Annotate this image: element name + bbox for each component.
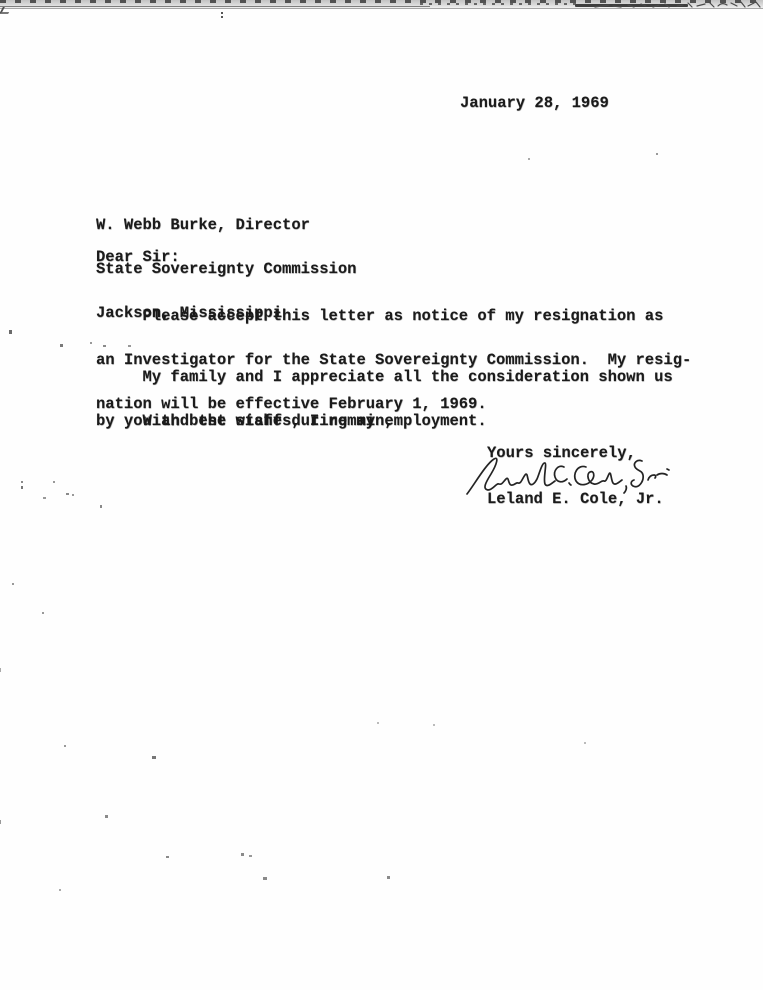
scan-speck [66, 493, 69, 495]
scan-speck [105, 815, 108, 818]
letter-page: January 28, 1969 W. Webb Burke, Director… [0, 0, 763, 990]
scan-speck [221, 12, 223, 14]
scan-speck [0, 668, 1, 672]
scan-speck [72, 494, 74, 496]
scan-edge-artifact [0, 0, 763, 9]
typed-signature-name: Leland E. Cole, Jr. [487, 492, 664, 507]
scan-speck [12, 583, 14, 585]
scan-speck [100, 505, 102, 508]
scan-speck [64, 745, 66, 747]
scan-speck [152, 756, 156, 759]
body-paragraph-3: With best wishes, I remain, [96, 384, 394, 458]
scan-speck [249, 855, 252, 857]
scan-speck [528, 158, 530, 160]
scan-speck [166, 856, 169, 858]
body-line: With best wishes, I remain, [96, 414, 394, 429]
scan-dots [420, 3, 580, 5]
scan-speck [21, 486, 23, 489]
scan-speck [656, 153, 658, 155]
scan-corner-mark [0, 7, 12, 14]
scan-speck [584, 742, 586, 744]
letter-date: January 28, 1969 [460, 96, 609, 111]
scan-speck [263, 877, 267, 880]
scan-speck [221, 16, 223, 18]
scan-speck [59, 889, 61, 891]
body-line: Please accept this letter as notice of m… [96, 309, 691, 324]
scan-speck [21, 481, 23, 483]
scan-speck [128, 345, 131, 347]
scan-speck [43, 497, 46, 499]
scan-speck [9, 330, 12, 334]
body-line: My family and I appreciate all the consi… [96, 370, 673, 385]
scan-speck [60, 344, 63, 347]
scan-speck [433, 724, 435, 726]
scan-speck [103, 345, 106, 347]
scan-speck [387, 876, 390, 879]
scan-speck [53, 481, 55, 483]
scan-speck [90, 342, 92, 344]
scan-speck [0, 820, 1, 824]
scan-speck [42, 612, 44, 614]
scan-line [0, 6, 430, 7]
scan-scribble-marks [593, 0, 763, 12]
scan-speck [241, 853, 244, 856]
salutation: Dear Sir: [96, 250, 180, 265]
scan-speck [377, 722, 379, 724]
recipient-name-line: W. Webb Burke, Director [96, 218, 356, 233]
